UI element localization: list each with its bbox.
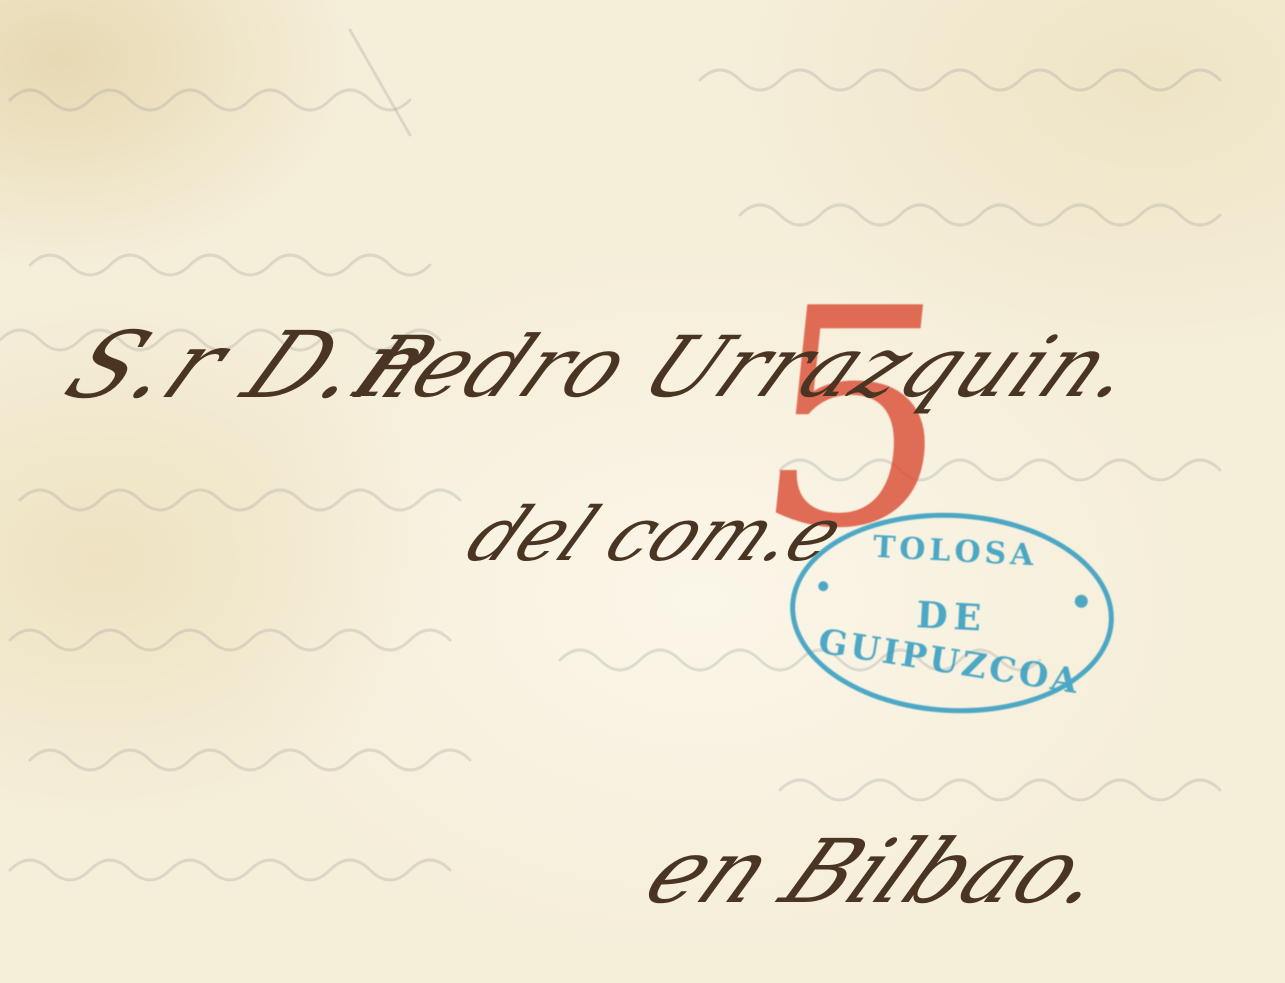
destination: en Bilbao.	[628, 820, 1129, 923]
addressee-name: Pedro Urrazquin.	[340, 318, 1159, 416]
